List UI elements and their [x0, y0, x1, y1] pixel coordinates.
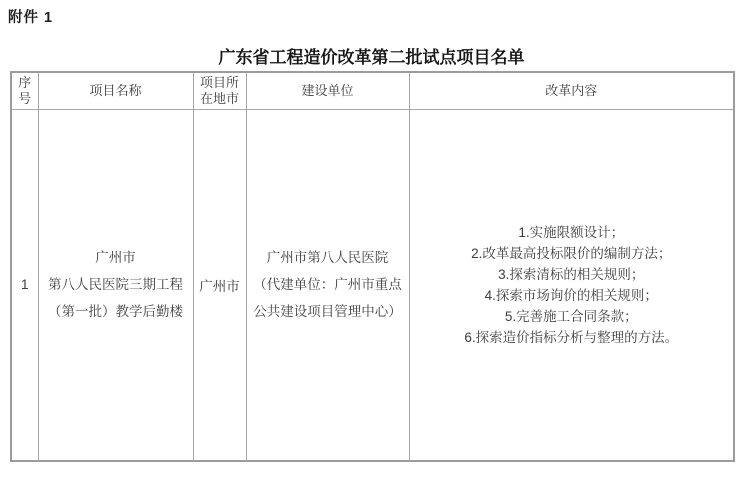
- header-project-name: 项目名称: [38, 72, 193, 110]
- header-city: 项目所在地市: [193, 72, 246, 110]
- header-construction-unit: 建设单位: [246, 72, 409, 110]
- table-header-row: 序号 项目名称 项目所在地市 建设单位 改革内容: [11, 72, 734, 110]
- pilot-project-table: 序号 项目名称 项目所在地市 建设单位 改革内容 1 广州市 第八人民医院三期工…: [10, 71, 735, 462]
- document-page: 附件 1 广东省工程造价改革第二批试点项目名单 序号 项目名称 项目所在地市 建…: [0, 0, 750, 477]
- cell-reform-content: 1.实施限额设计； 2.改革最高投标限价的编制方法； 3.探索清标的相关规则； …: [409, 110, 734, 461]
- attachment-label: 附件 1: [8, 6, 53, 27]
- document-title: 广东省工程造价改革第二批试点项目名单: [10, 43, 733, 68]
- cell-construction-unit: 广州市第八人民医院 （代建单位：广州市重点 公共建设项目管理中心）: [246, 110, 409, 461]
- cell-serial-number: 1: [11, 110, 38, 461]
- cell-project-name: 广州市 第八人民医院三期工程 （第一批）教学后勤楼: [38, 110, 193, 461]
- header-serial-number: 序号: [11, 72, 38, 110]
- table-row: 1 广州市 第八人民医院三期工程 （第一批）教学后勤楼 广州市 广州市第八人民医…: [11, 110, 734, 461]
- header-reform-content: 改革内容: [409, 72, 734, 110]
- cell-city: 广州市: [193, 110, 246, 461]
